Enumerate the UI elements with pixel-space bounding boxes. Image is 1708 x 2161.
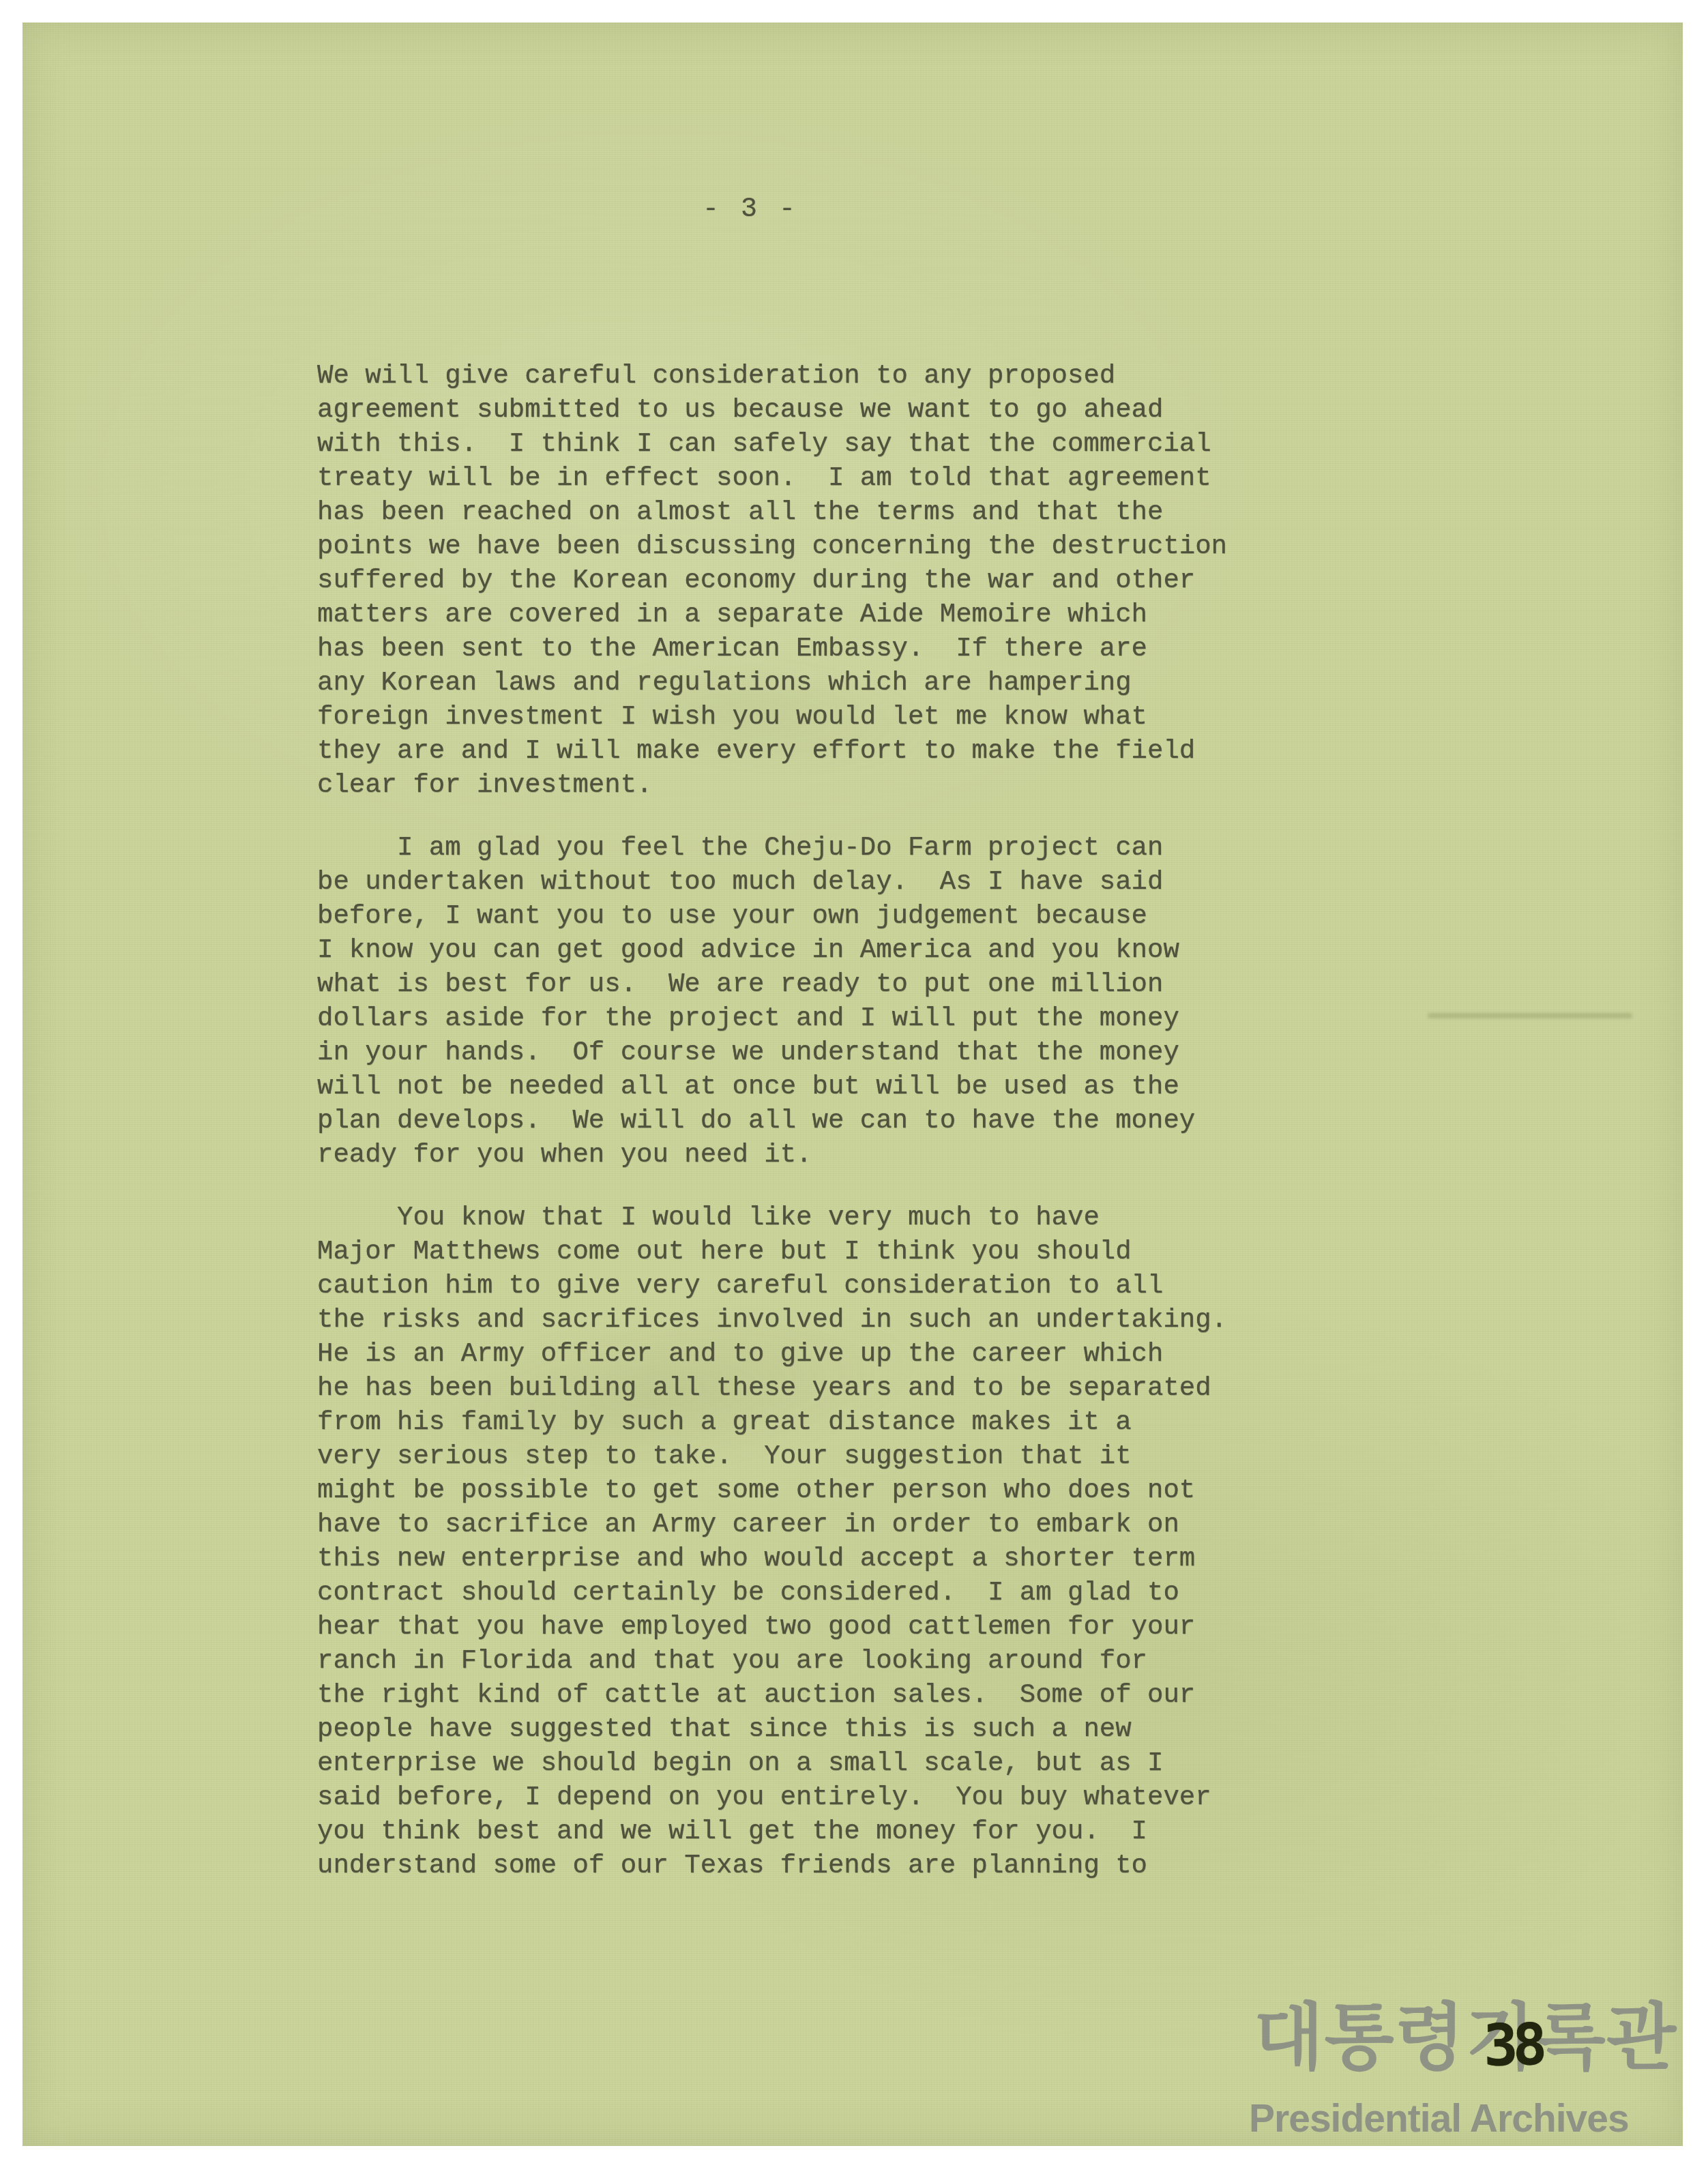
letter-paper: - 3 - We will give careful consideration…	[23, 23, 1683, 2146]
page-number-header: - 3 -	[703, 194, 798, 225]
presidential-archives-english-watermark: Presidential Archives	[1249, 2098, 1708, 2140]
paper-crease-mark	[1428, 1013, 1632, 1018]
paragraph-commercial-treaty: We will give careful consideration to an…	[317, 359, 1327, 802]
letter-body: We will give careful consideration to an…	[317, 359, 1327, 1883]
archive-page-number-stamp: 38	[1483, 2011, 1543, 2079]
paragraph-major-matthews: You know that I would like very much to …	[317, 1201, 1327, 1883]
paragraph-cheju-do-farm: I am glad you feel the Cheju-Do Farm pro…	[317, 831, 1327, 1172]
presidential-archives-korean-watermark: 대통령기록관	[1254, 1999, 1708, 2076]
scanned-letter-page: { "page": { "header_page_number": "- 3 -…	[0, 0, 1708, 2161]
